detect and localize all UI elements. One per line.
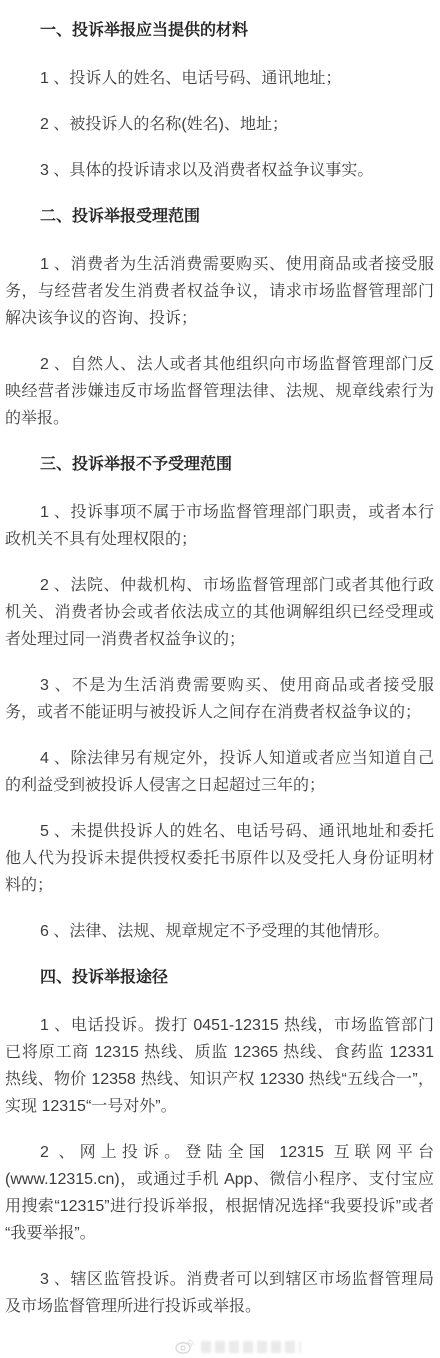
paragraph: 3 、辖区监管投诉。消费者可以到辖区市场监督管理局及市场监督管理所进行投诉或举报…: [5, 1266, 434, 1320]
watermark-text: [201, 1341, 301, 1353]
section-accepted-scope: 二、投诉举报受理范围 1 、消费者为生活消费需要购买、使用商品或者接受服务，与经…: [5, 203, 434, 432]
watermark: [175, 1339, 434, 1354]
paragraph: 1 、电话投诉。拨打 0451-12315 热线，市场监管部门已将原工商 123…: [5, 1012, 434, 1120]
paragraph: 2 、被投诉人的名称(姓名)、地址；: [5, 111, 434, 138]
section-heading: 一、投诉举报应当提供的材料: [5, 17, 434, 44]
paragraph: 1 、投诉事项不属于市场监督管理部门职责，或者本行政机关不具有处理权限的；: [5, 499, 434, 553]
paragraph: 2 、自然人、法人或者其他组织向市场监督管理部门反映经营者涉嫌违反市场监督管理法…: [5, 351, 434, 432]
section-rejected-scope: 三、投诉举报不予受理范围 1 、投诉事项不属于市场监督管理部门职责，或者本行政机…: [5, 451, 434, 945]
section-heading: 三、投诉举报不予受理范围: [5, 451, 434, 478]
paragraph: 5 、未提供投诉人的姓名、电话号码、通讯地址和委托他人代为投诉未提供授权委托书原…: [5, 818, 434, 899]
section-materials: 一、投诉举报应当提供的材料 1 、投诉人的姓名、电话号码、通讯地址； 2 、被投…: [5, 17, 434, 184]
paragraph: 3 、具体的投诉请求以及消费者权益争议事实。: [5, 157, 434, 184]
section-heading: 四、投诉举报途径: [5, 964, 434, 991]
paragraph: 1 、消费者为生活消费需要购买、使用商品或者接受服务，与经营者发生消费者权益争议…: [5, 251, 434, 332]
weibo-eye-icon: [175, 1339, 194, 1354]
section-heading: 二、投诉举报受理范围: [5, 203, 434, 230]
paragraph: 3 、不是为生活消费需要购买、使用商品或者接受服务，或者不能证明与被投诉人之间存…: [5, 672, 434, 726]
paragraph: 6 、法律、法规、规章规定不予受理的其他情形。: [5, 918, 434, 945]
paragraph: 2 、法院、仲裁机构、市场监督管理部门或者其他行政机关、消费者协会或者依法成立的…: [5, 572, 434, 653]
paragraph: 1 、投诉人的姓名、电话号码、通讯地址；: [5, 65, 434, 92]
document-body: 一、投诉举报应当提供的材料 1 、投诉人的姓名、电话号码、通讯地址； 2 、被投…: [0, 0, 440, 1354]
paragraph: 2 、网上投诉。登陆全国 12315 互联网平台(www.12315.cn)，或…: [5, 1139, 434, 1247]
paragraph: 4 、除法律另有规定外，投诉人知道或者应当知道自己的利益受到被投诉人侵害之日起超…: [5, 745, 434, 799]
section-channels: 四、投诉举报途径 1 、电话投诉。拨打 0451-12315 热线，市场监管部门…: [5, 964, 434, 1320]
